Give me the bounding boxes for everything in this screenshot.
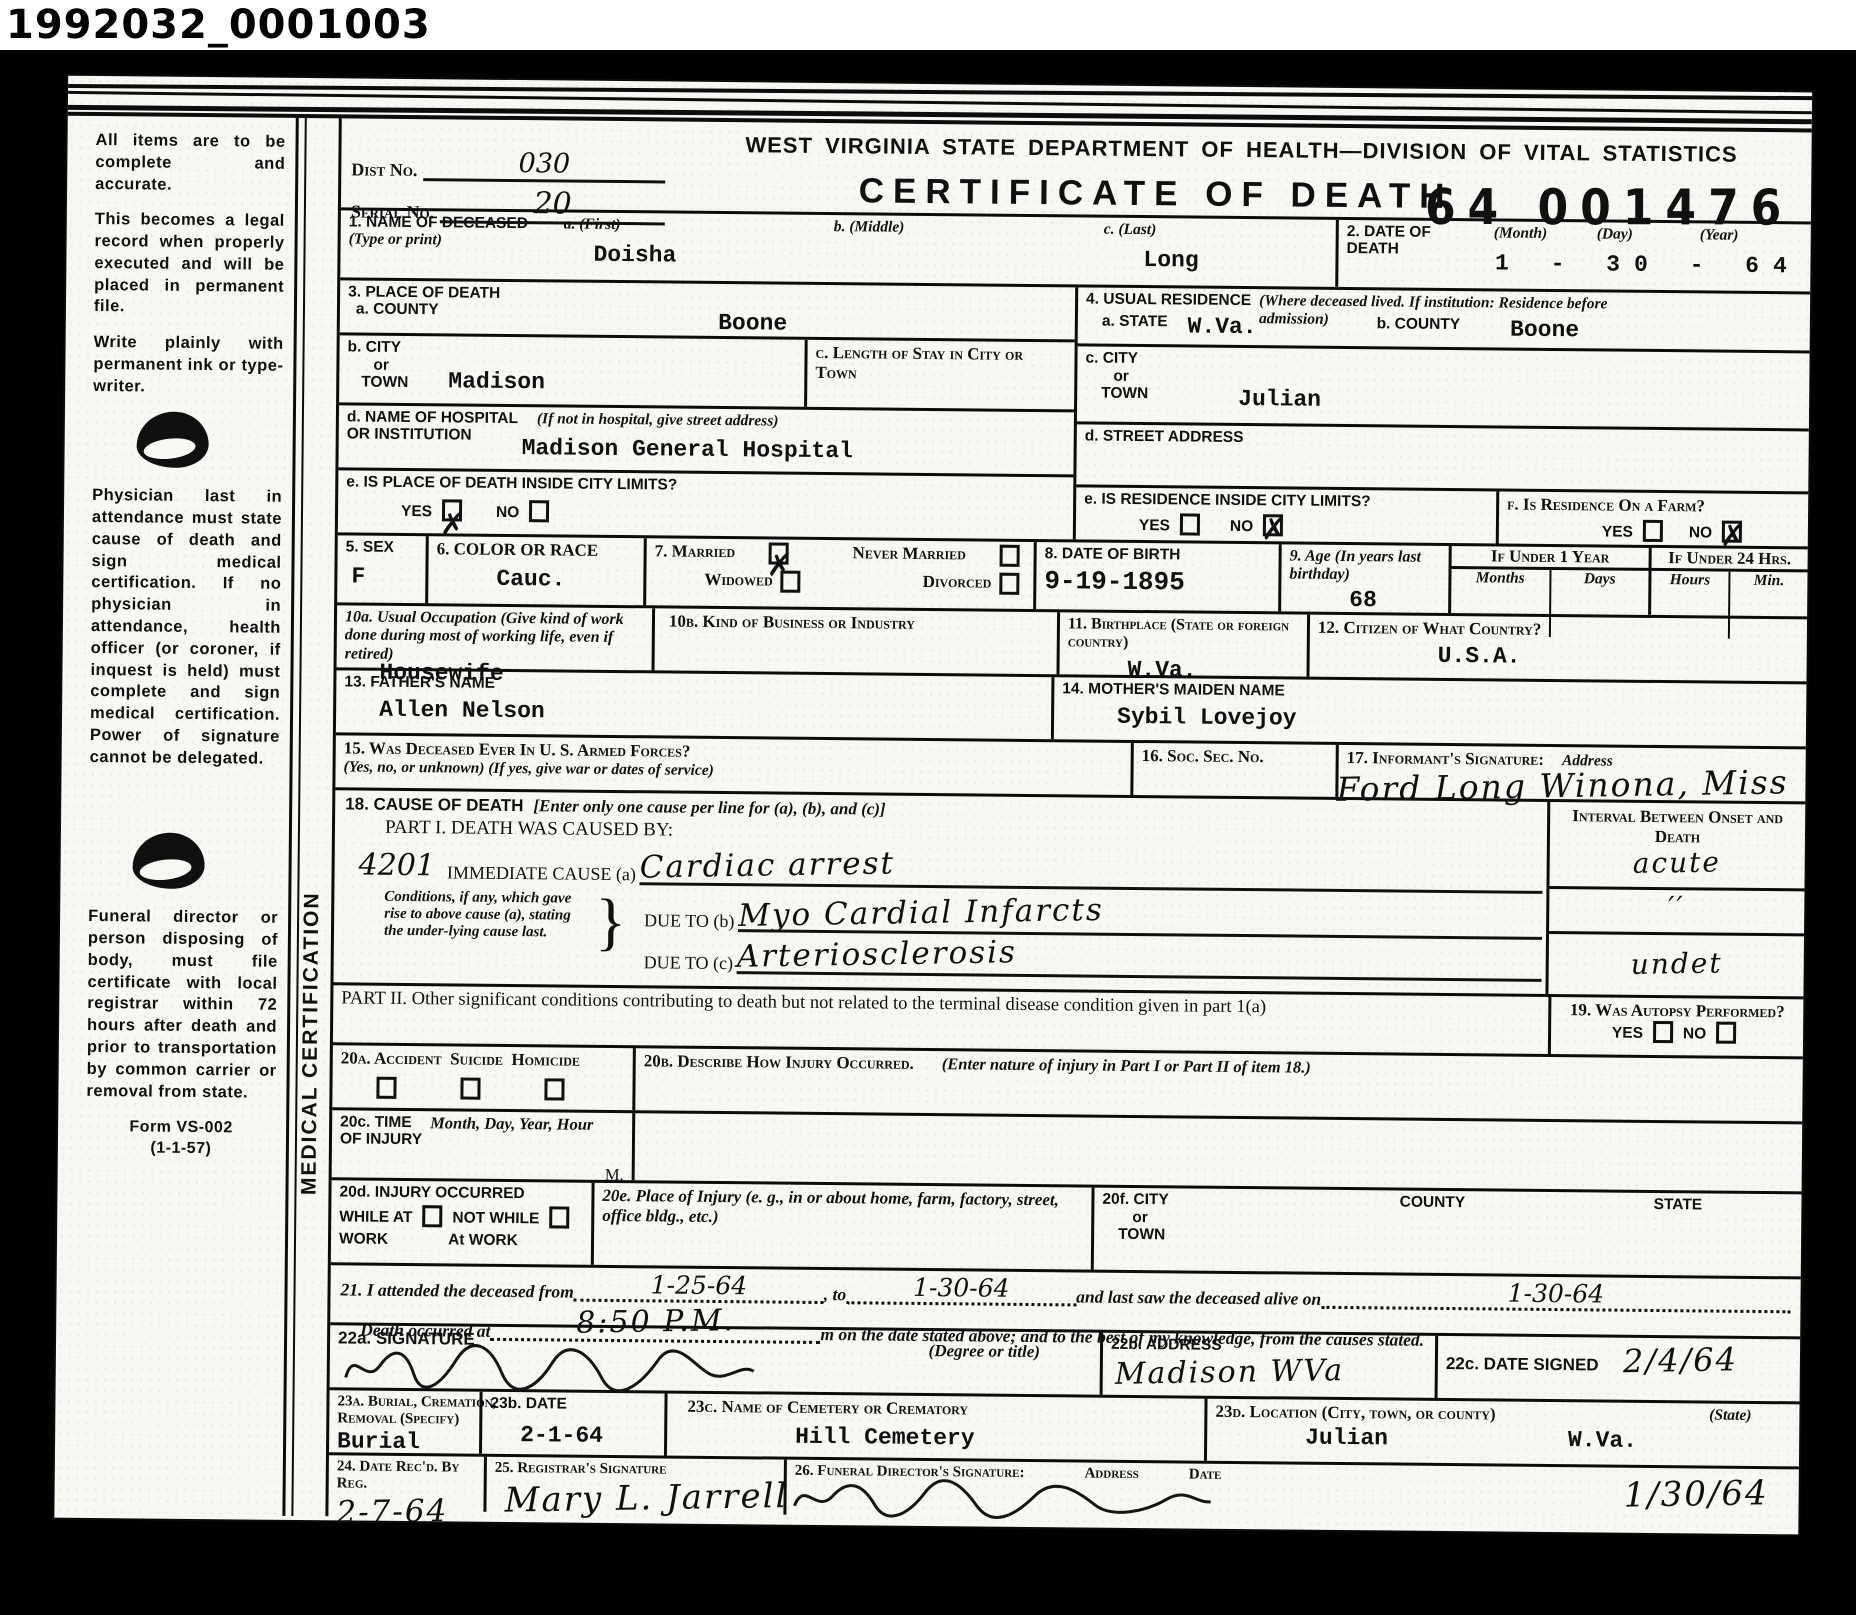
- form-number: Form VS-002: [86, 1116, 276, 1139]
- usual-occupation-label: 10a. Usual Occupation (Give kind of work…: [345, 608, 645, 666]
- res-city-label: c. CITY: [1085, 349, 1138, 367]
- cemetery-label: 23c. Name of Cemetery or Crematory: [687, 1397, 1196, 1421]
- date-received-label: 24. Date Rec'd. By Reg.: [337, 1458, 476, 1494]
- burial-value: Burial: [337, 1428, 471, 1455]
- medical-certification-vertical-label: MEDICAL CERTIFICATION: [297, 808, 336, 1278]
- day-caption: (Day): [1597, 225, 1700, 244]
- conditions-brace: }: [595, 884, 626, 958]
- date-signed-value: 2/4/64: [1622, 1340, 1738, 1380]
- res-county-value: Boone: [1510, 316, 1579, 343]
- date-of-death-value: 1 - 30 - 64: [1493, 250, 1802, 279]
- work-label: WORK: [339, 1231, 388, 1249]
- date-of-birth-value: 9-19-1895: [1044, 566, 1270, 598]
- if-under-1-year-label: If Under 1 Year: [1452, 546, 1649, 570]
- color-race-label: 6. COLOR OR RACE: [437, 539, 636, 560]
- death-certificate-document: All items are to be complete and accurat…: [54, 76, 1812, 1535]
- location-state-caption: (State): [1709, 1407, 1751, 1427]
- color-race-value: Cauc.: [496, 565, 635, 592]
- burial-date-label: 23b. DATE: [490, 1395, 656, 1414]
- registrar-signature-value: Mary L. Jarrell: [504, 1476, 788, 1521]
- scanner-background: All items are to be complete and accurat…: [0, 50, 1856, 1615]
- pod-city-label: b. CITY: [348, 338, 402, 356]
- res-city-value: Julian: [1238, 386, 1321, 413]
- q20f-state-label: STATE: [1562, 1195, 1794, 1273]
- res-limits-no-mark: ✗: [1261, 515, 1286, 545]
- sex-label: 5. SEX: [346, 538, 418, 556]
- attended-text-2: , to: [824, 1284, 847, 1304]
- middle-name-caption: b. (Middle): [834, 218, 1088, 238]
- while-at-work-checkbox: [422, 1206, 442, 1228]
- mothers-maiden-name-value: Sybil Lovejoy: [1117, 704, 1798, 737]
- fathers-name-label: 13. FATHER'S NAME: [344, 673, 1043, 697]
- funeral-director-signature-script: [786, 1478, 1216, 1518]
- res-farm-no-checkbox: ✗: [1722, 521, 1742, 543]
- never-married-label: Never Married: [852, 543, 965, 566]
- location-label: 23d. Location (City, town, or county): [1215, 1402, 1495, 1424]
- address-label: 22b. ADDRESS: [1111, 1336, 1222, 1354]
- homicide-label: Homicide: [511, 1050, 580, 1070]
- while-at-label: WHILE AT: [339, 1209, 412, 1227]
- sidebar-note-physician: Physician last in attendance must state …: [90, 485, 283, 770]
- suicide-checkbox: [460, 1077, 480, 1099]
- last-name-value: Long: [1143, 247, 1327, 275]
- marital-num: 7.: [655, 541, 668, 560]
- usual-residence-section: 4. USUAL RESIDENCE (Where deceased lived…: [1073, 287, 1810, 546]
- res-limits-no-label: NO: [1230, 518, 1253, 535]
- autopsy-yes-label: YES: [1612, 1024, 1643, 1041]
- mothers-maiden-name-label: 14. MOTHER'S MAIDEN NAME: [1062, 680, 1798, 704]
- department-title: WEST VIRGINIA STATE DEPARTMENT OF HEALTH…: [671, 132, 1811, 169]
- age-value: 68: [1349, 587, 1440, 614]
- citizen-value: U.S.A.: [1438, 642, 1799, 671]
- date-of-birth-label: 8. DATE OF BIRTH: [1045, 545, 1271, 565]
- pod-limits-no-checkbox: [529, 501, 549, 523]
- sidebar-note-funeral-director: Funeral director or person disposing of …: [86, 906, 278, 1104]
- suicide-label: Suicide: [450, 1049, 503, 1069]
- widowed-checkbox: [781, 571, 801, 593]
- pod-limits-no-label: NO: [496, 504, 519, 521]
- homicide-checkbox: [544, 1078, 564, 1100]
- place-and-residence-row: 3. PLACE OF DEATH a. COUNTY Boone b. CIT…: [338, 280, 1810, 549]
- year-caption: (Year): [1700, 226, 1803, 245]
- sidebar-note-write-plainly: Write plainly with permanent ink or type…: [93, 332, 284, 399]
- if-under-24-hrs-label: If Under 24 Hrs.: [1652, 548, 1808, 572]
- time-of-injury-label: 20c. TIME OF INJURY: [340, 1113, 430, 1149]
- address-value: Madison WVa: [1115, 1353, 1345, 1392]
- form-header-row: Dist No. 030 Serial No. 20 WEST VIRGINIA…: [341, 118, 1812, 224]
- length-of-stay-label: c. Length of Stay in City or Town: [815, 343, 1066, 385]
- scan-id-label: 1992032_0001003: [6, 2, 431, 48]
- location-state-value: W.Va.: [1568, 1427, 1637, 1454]
- q20a-num: 20a.: [341, 1048, 371, 1067]
- cause-of-death-row: 18. CAUSE OF DEATH [Enter only one cause…: [333, 790, 1805, 999]
- informant-signature-label: 17. Informant's Signature:: [1347, 748, 1545, 769]
- sex-value: F: [351, 564, 417, 591]
- degree-or-title-caption: (Degree or title): [928, 1341, 1040, 1362]
- instructions-sidebar: All items are to be complete and accurat…: [54, 116, 295, 1516]
- pod-county-value: Boone: [718, 310, 787, 337]
- time-of-injury-fields: Month, Day, Year, Hour: [430, 1114, 594, 1150]
- last-name-caption: c. (Last): [1104, 221, 1328, 241]
- married-label: Married: [672, 542, 736, 562]
- date-received-value: 2-7-64: [336, 1492, 448, 1530]
- res-limits-label: e. IS RESIDENCE INSIDE CITY LIMITS?: [1084, 491, 1488, 512]
- hospital-value: Madison General Hospital: [522, 435, 1066, 466]
- res-farm-yes-checkbox: [1643, 520, 1663, 542]
- attended-from-value: 1-25-64: [651, 1270, 748, 1300]
- name-of-deceased-label: 1. NAME OF DECEASED: [349, 213, 548, 232]
- cause-b-value: Myo Cardial Infarcts: [738, 891, 1104, 933]
- attended-to-value: 1-30-64: [913, 1273, 1010, 1303]
- res-limits-yes-label: YES: [1139, 517, 1170, 534]
- notary-seal-stamp: [136, 412, 209, 469]
- divorced-label: Divorced: [923, 572, 992, 595]
- res-state-label: a. STATE: [1102, 312, 1168, 339]
- res-state-value: W.Va.: [1187, 313, 1256, 340]
- first-name-caption: a. (First): [564, 215, 818, 235]
- certificate-form: Dist No. 030 Serial No. 20 WEST VIRGINIA…: [328, 118, 1811, 1530]
- interval-c-value: undet: [1630, 947, 1722, 982]
- pod-city-value: Madison: [448, 369, 545, 396]
- kind-of-business-label: 10b. Kind of Business or Industry: [669, 612, 1049, 635]
- pod-limits-yes-checkbox: ✗: [442, 500, 462, 522]
- usual-residence-note: (Where deceased lived. If institution: R…: [1259, 292, 1679, 332]
- last-alive-value: 1-30-64: [1508, 1279, 1605, 1309]
- not-while-at-work-checkbox: [549, 1207, 569, 1229]
- res-farm-no-label: NO: [1689, 524, 1712, 541]
- married-checkbox: ✗: [769, 542, 789, 564]
- res-limits-yes-checkbox: [1180, 513, 1200, 535]
- cause-code-value: 4201: [358, 847, 435, 883]
- conditions-note: Conditions, if any, which gave rise to a…: [384, 888, 574, 942]
- cemetery-value: Hill Cemetery: [795, 1423, 1196, 1453]
- res-town-label: TOWN: [1101, 385, 1148, 411]
- due-to-c-label: DUE TO (c): [644, 952, 734, 974]
- cause-of-death-label: 18. CAUSE OF DEATH: [345, 794, 523, 815]
- interval-label: Interval Between Onset and Death: [1550, 806, 1805, 848]
- pod-limits-yes-label: YES: [401, 503, 432, 520]
- hospital-label: d. NAME OF HOSPITAL OR INSTITUTION: [347, 408, 537, 445]
- res-farm-yes-label: YES: [1602, 523, 1633, 540]
- res-farm-label: f. Is Residence On a Farm?: [1507, 495, 1800, 517]
- accident-label: Accident: [374, 1049, 442, 1069]
- cause-bracket-note: [Enter only one cause per line for (a), …: [533, 796, 885, 819]
- describe-injury-label: 20b. Describe How Injury Occurred.: [644, 1051, 914, 1073]
- attended-text-3: and last saw the deceased alive on: [1076, 1286, 1321, 1308]
- form-revision: (1-1-57): [86, 1137, 276, 1160]
- autopsy-yes-checkbox: [1653, 1021, 1673, 1043]
- res-farm-no-mark: ✗: [1720, 522, 1745, 552]
- sidebar-note-legal-record: This becomes a legal record when properl…: [94, 209, 285, 320]
- pod-town-label: TOWN: [361, 374, 408, 394]
- never-married-checkbox: [1000, 545, 1020, 567]
- interval-b-value: ′′: [1668, 890, 1685, 923]
- date-signed-label: 22c. DATE SIGNED: [1446, 1354, 1599, 1374]
- accident-checkbox: [376, 1076, 396, 1098]
- place-of-death-section: 3. PLACE OF DEATH a. COUNTY Boone b. CIT…: [338, 280, 1075, 539]
- interval-a-value: acute: [1633, 846, 1722, 880]
- cause-a-value: Cardiac arrest: [640, 845, 896, 885]
- ssn-label: 16. Soc. Sec. No.: [1142, 746, 1328, 767]
- injury-occurred-label: 20d. INJURY OCCURRED: [339, 1183, 583, 1203]
- immediate-cause-label: IMMEDIATE CAUSE (a): [447, 862, 636, 885]
- widowed-label: Widowed: [704, 570, 773, 593]
- injury-place-row: 20d. INJURY OCCURRED WHILE AT NOT WHILE …: [331, 1180, 1802, 1279]
- type-or-print-note: (Type or print): [349, 231, 548, 251]
- citizen-label: 12. Citizen of What Country?: [1318, 618, 1799, 642]
- street-address-label: d. STREET ADDRESS: [1085, 427, 1801, 451]
- month-caption: (Month): [1494, 224, 1597, 243]
- cause-c-value: Arteriosclerosis: [737, 934, 1018, 975]
- place-of-injury-label: 20e. Place of Injury (e. g., in or about…: [602, 1186, 1083, 1230]
- not-while-label: NOT WHILE: [452, 1210, 539, 1228]
- age-label: 9. Age (In years last birthday): [1289, 547, 1440, 585]
- due-to-b-label: DUE TO (b): [644, 910, 735, 932]
- divorced-checkbox: [999, 573, 1019, 595]
- location-city-value: Julian: [1305, 1424, 1388, 1451]
- res-limits-no-checkbox: ✗: [1263, 514, 1283, 536]
- first-name-value: Doisha: [593, 242, 817, 270]
- pod-city-limits-label: e. IS PLACE OF DEATH INSIDE CITY LIMITS?: [346, 473, 1065, 497]
- res-county-label: b. COUNTY: [1376, 315, 1460, 342]
- q20f-county-label: COUNTY: [1302, 1193, 1563, 1271]
- autopsy-no-label: NO: [1683, 1025, 1706, 1042]
- q20f-town-label: TOWN: [1118, 1226, 1302, 1245]
- dist-no-value: 030: [423, 147, 665, 183]
- notary-seal-stamp: [132, 833, 205, 890]
- dist-no-label: Dist No.: [351, 160, 417, 181]
- date-of-death-label: 2. DATE OF DEATH: [1347, 223, 1478, 259]
- fathers-name-value: Allen Nelson: [379, 697, 1043, 729]
- describe-injury-note: (Enter nature of injury in Part I or Par…: [942, 1054, 1311, 1077]
- q20f-or-label: or: [1132, 1209, 1302, 1228]
- sidebar-note-complete: All items are to be complete and accurat…: [95, 130, 286, 197]
- autopsy-no-checkbox: [1716, 1021, 1736, 1043]
- physician-signature-script: [340, 1341, 760, 1389]
- birthplace-label: 11. Birthplace (State or foreign country…: [1068, 615, 1299, 654]
- at-work-label: At WORK: [448, 1232, 518, 1250]
- pod-county-label: a. COUNTY: [356, 301, 439, 334]
- attended-text-1: 21. I attended the deceased from: [340, 1279, 573, 1301]
- q20f-city-label: 20f. CITY: [1102, 1191, 1168, 1209]
- funeral-director-date-value: 1/30/64: [1623, 1473, 1769, 1515]
- autopsy-label: 19. Was Autopsy Performed?: [1559, 1000, 1795, 1022]
- burial-date-value: 2-1-64: [520, 1422, 656, 1449]
